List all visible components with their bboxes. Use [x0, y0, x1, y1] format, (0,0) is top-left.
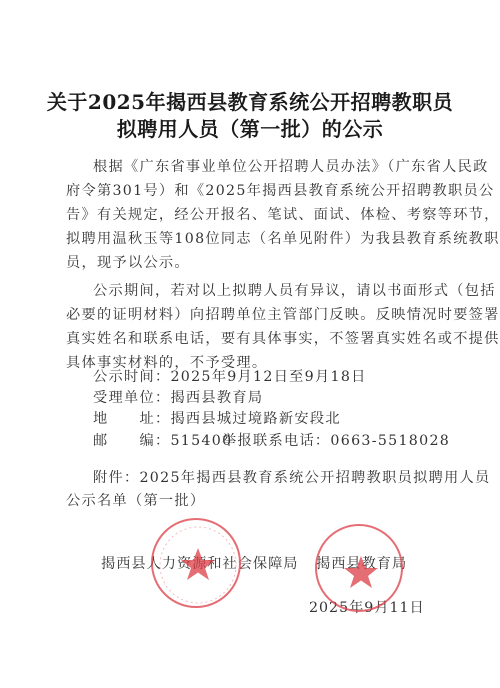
para1-line: 员，现予以公示。	[66, 252, 190, 272]
para1-line: 府令第301号）和《2025年揭西县教育系统公开招聘教职员公	[66, 180, 495, 200]
info-postcode: 邮 编：515400	[93, 430, 232, 450]
official-seal-hr-bureau	[151, 518, 241, 608]
star-icon	[181, 548, 215, 580]
para2-line: 必要的证明材料）向招聘单位主管部门反映。反映情况时要签署	[66, 304, 500, 324]
document-title-line-1: 关于2025年揭西县教育系统公开招聘教职员	[0, 86, 500, 115]
official-seal-education-bureau	[315, 524, 403, 612]
para1-line: 告》有关规定，经公开报名、笔试、面试、体检、考察等环节，	[66, 204, 500, 224]
para2-line: 真实姓名和联系电话，要有具体事实，不签署真实姓名或不提供	[66, 328, 500, 348]
info-period: 公示时间：2025年9月12日至9月18日	[93, 366, 367, 386]
para1-line: 根据《广东省事业单位公开招聘人员办法》（广东省人民政	[93, 156, 489, 176]
info-unit: 受理单位：揭西县教育局	[93, 387, 263, 407]
attachment-line[interactable]: 公示名单（第一批）	[66, 490, 205, 510]
attachment-line[interactable]: 附件：2025年揭西县教育系统公开招聘教职员拟聘用人员	[93, 467, 491, 487]
para1-line: 拟聘用温秋玉等108位同志（名单见附件）为我县教育系统教职	[66, 228, 500, 248]
document-title-line-2: 拟聘用人员（第一批）的公示	[0, 113, 500, 142]
info-address: 地 址：揭西县城过境路新安段北	[93, 408, 341, 428]
info-hotline: 举报联系电话：0663-5518028	[222, 430, 450, 450]
para2-line: 公示期间，若对以上拟聘人员有异议，请以书面形式（包括	[93, 280, 496, 300]
star-icon	[344, 556, 378, 588]
